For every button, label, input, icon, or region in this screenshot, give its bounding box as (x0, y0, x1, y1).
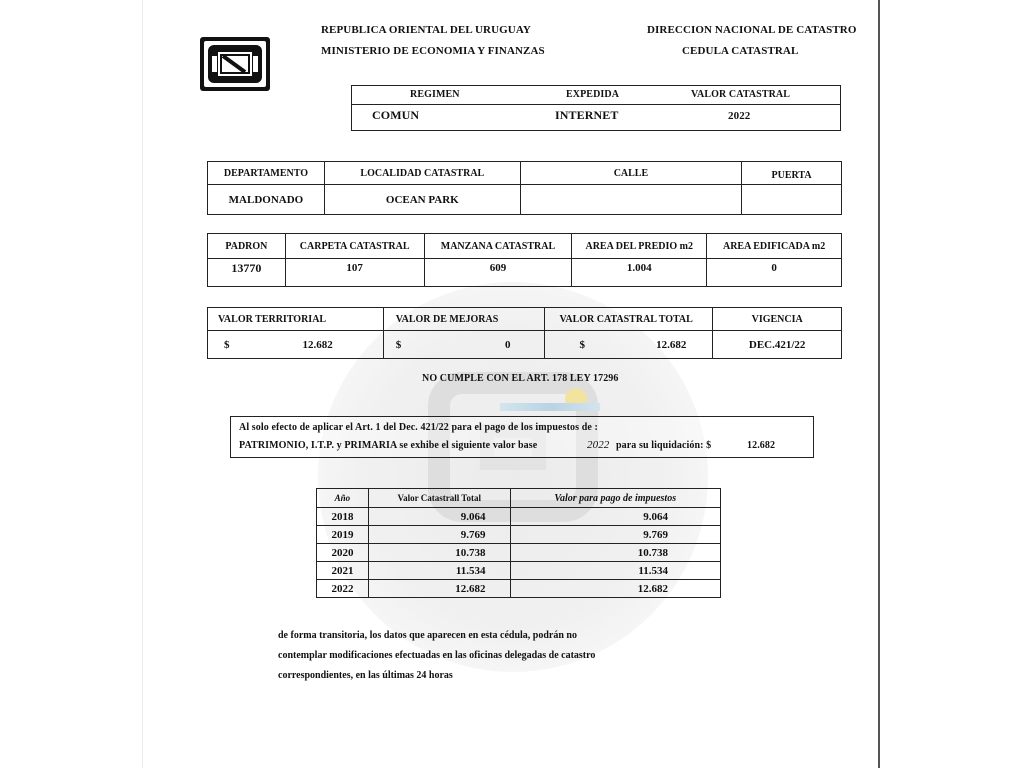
tax-base-amount: 12.682 (747, 440, 775, 451)
history-valor-catastral: 11.534 (368, 562, 510, 580)
regimen-value: COMUN (372, 108, 419, 123)
tax-base-year: 2022 (587, 439, 609, 451)
history-row: 2022 12.682 12.682 (317, 580, 721, 598)
valor-pago-impuestos-col-header: Valor para pago de impuestos (510, 489, 720, 508)
regimen-header: REGIMEN (410, 89, 460, 100)
currency-symbol: $ (396, 339, 402, 351)
currency-symbol: $ (579, 339, 585, 351)
history-valor-catastral: 10.738 (368, 544, 510, 562)
area-edificada-value: 0 (707, 259, 842, 287)
history-year: 2018 (317, 508, 369, 526)
history-valor-catastral: 9.769 (368, 526, 510, 544)
departamento-header: DEPARTAMENTO (208, 162, 325, 185)
value-row: $ 12.682 $ 0 $ 12.682 DEC.421/22 (208, 331, 842, 359)
history-valor-impuestos: 11.534 (510, 562, 720, 580)
history-valor-impuestos: 12.682 (510, 580, 720, 598)
history-year: 2020 (317, 544, 369, 562)
history-row: 2019 9.769 9.769 (317, 526, 721, 544)
valor-catastral-total-header: VALOR CATASTRAL TOTAL (545, 308, 713, 331)
country-title: REPUBLICA ORIENTAL DEL URUGUAY (321, 24, 531, 36)
manzana-value: 609 (424, 259, 572, 287)
compliance-notice: NO CUMPLE CON EL ART. 178 LEY 17296 (422, 373, 619, 384)
history-header-row: Año Valor Catastrall Total Valor para pa… (317, 489, 721, 508)
value-header-row: VALOR TERRITORIAL VALOR DE MEJORAS VALOR… (208, 308, 842, 331)
history-year: 2019 (317, 526, 369, 544)
area-predio-value: 1.004 (572, 259, 707, 287)
valor-territorial-header: VALOR TERRITORIAL (208, 308, 384, 331)
history-row: 2021 11.534 11.534 (317, 562, 721, 580)
history-valor-catastral: 9.064 (368, 508, 510, 526)
parcel-table: PADRON CARPETA CATASTRAL MANZANA CATASTR… (207, 233, 842, 287)
tax-base-line1: Al solo efecto de aplicar el Art. 1 del … (239, 422, 598, 433)
valor-catastral-total-col-header: Valor Catastrall Total (368, 489, 510, 508)
tax-base-line2-suffix: para su liquidación: $ (616, 440, 711, 451)
departamento-value: MALDONADO (208, 185, 325, 215)
regimen-box: REGIMEN EXPEDIDA VALOR CATASTRAL COMUN I… (351, 85, 841, 131)
localidad-value: OCEAN PARK (324, 185, 520, 215)
tax-base-line2: PATRIMONIO, I.T.P. y PRIMARIA se exhibe … (239, 440, 537, 451)
valor-catastral-year: 2022 (728, 110, 750, 122)
history-year: 2021 (317, 562, 369, 580)
watermark-sea-icon (500, 403, 600, 411)
area-predio-header: AREA DEL PREDIO m2 (572, 234, 707, 259)
vigencia-value: DEC.421/22 (713, 331, 842, 359)
valor-territorial-cell: $ 12.682 (208, 331, 384, 359)
footer-note: de forma transitoria, los datos que apar… (278, 626, 595, 686)
document-title: CEDULA CATASTRAL (682, 45, 798, 57)
padron-value: 13770 (208, 259, 286, 287)
valor-mejoras-header: VALOR DE MEJORAS (383, 308, 545, 331)
expedida-header: EXPEDIDA (566, 89, 619, 100)
history-valor-impuestos: 9.769 (510, 526, 720, 544)
ministry-title: MINISTERIO DE ECONOMIA Y FINANZAS (321, 45, 545, 57)
location-header-row: DEPARTAMENTO LOCALIDAD CATASTRAL CALLE P… (208, 162, 842, 185)
regimen-divider (352, 104, 840, 105)
history-valor-impuestos: 9.064 (510, 508, 720, 526)
location-value-row: MALDONADO OCEAN PARK (208, 185, 842, 215)
manzana-header: MANZANA CATASTRAL (424, 234, 572, 259)
valor-territorial-value: 12.682 (302, 339, 332, 351)
area-edificada-header: AREA EDIFICADA m2 (707, 234, 842, 259)
parcel-header-row: PADRON CARPETA CATASTRAL MANZANA CATASTR… (208, 234, 842, 259)
value-table: VALOR TERRITORIAL VALOR DE MEJORAS VALOR… (207, 307, 842, 359)
year-header: Año (317, 489, 369, 508)
expedida-value: INTERNET (555, 108, 618, 123)
history-row: 2020 10.738 10.738 (317, 544, 721, 562)
vigencia-header: VIGENCIA (713, 308, 842, 331)
history-valor-impuestos: 10.738 (510, 544, 720, 562)
padron-header: PADRON (208, 234, 286, 259)
history-table: Año Valor Catastrall Total Valor para pa… (316, 488, 721, 598)
agency-title: DIRECCION NACIONAL DE CATASTRO (647, 24, 856, 36)
footer-note-line1: de forma transitoria, los datos que apar… (278, 626, 595, 646)
footer-note-line3: correspondientes, en las últimas 24 hora… (278, 666, 595, 686)
location-table: DEPARTAMENTO LOCALIDAD CATASTRAL CALLE P… (207, 161, 842, 215)
valor-mejoras-cell: $ 0 (383, 331, 545, 359)
carpeta-header: CARPETA CATASTRAL (285, 234, 424, 259)
calle-header: CALLE (520, 162, 741, 185)
tax-base-box: Al solo efecto de aplicar el Art. 1 del … (230, 416, 814, 458)
carpeta-value: 107 (285, 259, 424, 287)
valor-catastral-total-cell: $ 12.682 (545, 331, 713, 359)
valor-catastral-header: VALOR CATASTRAL (691, 89, 790, 100)
history-valor-catastral: 12.682 (368, 580, 510, 598)
parcel-value-row: 13770 107 609 1.004 0 (208, 259, 842, 287)
valor-catastral-total-value: 12.682 (656, 339, 686, 351)
calle-value (520, 185, 741, 215)
footer-note-line2: contemplar modificaciones efectuadas en … (278, 646, 595, 666)
history-row: 2018 9.064 9.064 (317, 508, 721, 526)
localidad-header: LOCALIDAD CATASTRAL (324, 162, 520, 185)
valor-mejoras-value: 0 (505, 339, 511, 351)
puerta-header: PUERTA (742, 162, 842, 185)
puerta-value (742, 185, 842, 215)
currency-symbol: $ (224, 339, 230, 351)
history-year: 2022 (317, 580, 369, 598)
catastro-logo-icon (199, 36, 271, 92)
